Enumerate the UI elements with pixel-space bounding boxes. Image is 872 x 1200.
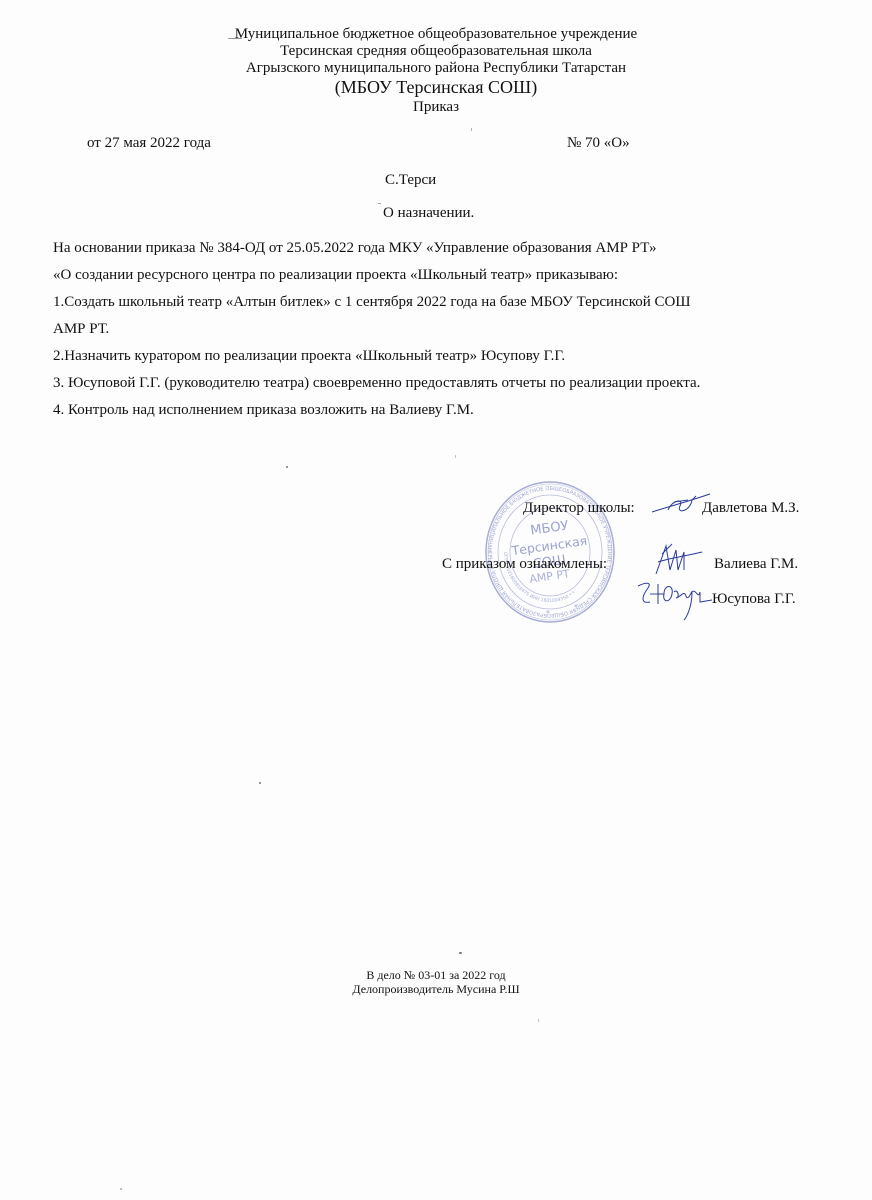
records-clerk: Делопроизводитель Мусина Р.Ш <box>0 982 872 996</box>
scan-artifact <box>455 455 456 458</box>
acknowledged-label: С приказом ознакомлены: <box>442 556 607 573</box>
file-reference: В дело № 03-01 за 2022 год <box>0 968 872 982</box>
director-label: Директор школы: <box>523 500 635 517</box>
body-item-1-continued: АМР РТ. <box>53 320 109 338</box>
scan-artifact <box>538 1019 539 1022</box>
body-item-3: 3. Юсуповой Г.Г. (руководителю театра) с… <box>53 374 700 392</box>
scan-artifact <box>120 1188 122 1190</box>
body-item-4: 4. Контроль над исполнением приказа возл… <box>53 401 474 419</box>
scan-artifact <box>378 203 381 204</box>
order-number: № 70 «О» <box>567 135 630 152</box>
svg-text:*: * <box>574 603 578 612</box>
institution-abbreviation: (МБОУ Терсинская СОШ) <box>0 77 872 97</box>
order-subject: О назначении. <box>383 205 474 222</box>
scan-artifact <box>471 128 472 131</box>
scan-artifact <box>259 782 261 784</box>
acknowledged-name-yusupova: Юсупова Г.Г. <box>712 591 796 608</box>
scan-artifact <box>459 952 462 954</box>
body-item-2: 2.Назначить куратором по реализации прое… <box>53 347 565 365</box>
document-type-title: Приказ <box>0 99 872 116</box>
institution-name-line2: Терсинская средняя общеобразовательная ш… <box>0 43 872 60</box>
body-item-1: 1.Создать школьный театр «Алтын битлек» … <box>53 293 690 311</box>
scan-artifact <box>228 38 242 39</box>
document-page: Муниципальное бюджетное общеобразователь… <box>0 0 872 1200</box>
institution-name-line1: Муниципальное бюджетное общеобразователь… <box>0 26 872 43</box>
body-line-2: «О создании ресурсного центра по реализа… <box>53 266 618 284</box>
director-name: Давлетова М.З. <box>702 500 799 517</box>
body-line-1: На основании приказа № 384-ОД от 25.05.2… <box>53 239 656 257</box>
acknowledged-name-valieva: Валиева Г.М. <box>714 556 798 573</box>
valieva-signature <box>652 540 704 576</box>
place-of-issue: С.Терси <box>385 172 436 189</box>
scan-artifact <box>286 466 288 468</box>
yusupova-signature <box>634 578 714 622</box>
institution-name-line3: Агрызского муниципального района Республ… <box>0 60 872 77</box>
svg-text:*: * <box>546 609 550 618</box>
order-date: от 27 мая 2022 года <box>87 135 211 152</box>
